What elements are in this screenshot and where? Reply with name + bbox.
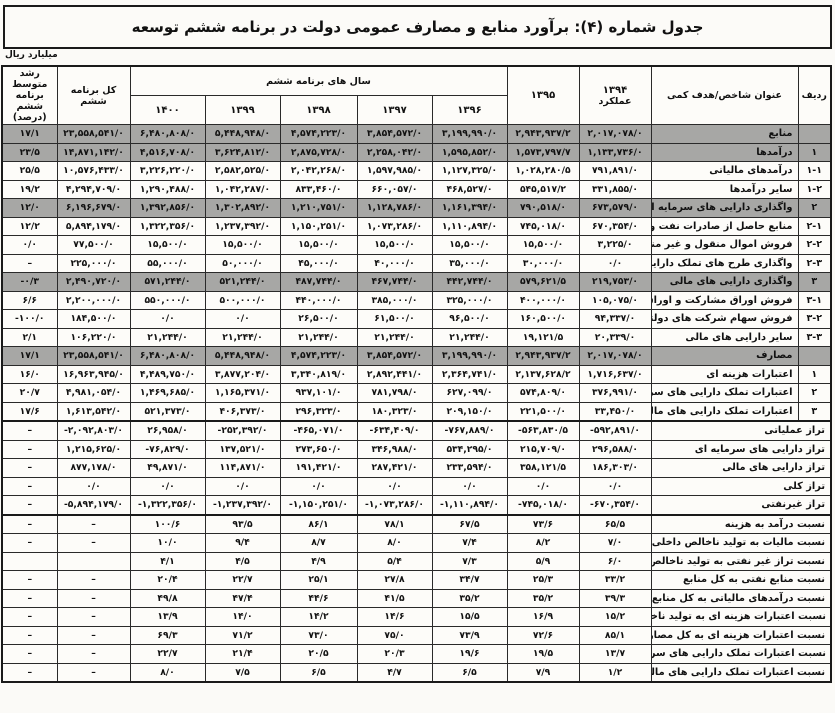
value-cell: ۱۳۷,۵۲۱/۰ (205, 440, 280, 459)
value-cell: ۴/۵ (205, 552, 280, 571)
table-row: تراز غیرنفتی-۶۷۰,۳۵۴/۰-۷۴۵,۰۱۸/۰-۱,۱۱۰,۸… (2, 496, 831, 515)
header-growth-col: رشد متوسط برنامه ششم (درصد) (2, 66, 57, 125)
row-label: نسبت تراز غیر نفتی به تولید ناخالص داخلی (651, 552, 831, 571)
value-cell: ۱,۲۱۰,۷۵۱/۰ (280, 199, 357, 218)
value-cell: ۳,۱۹۹,۹۹۰/۰ (432, 125, 507, 144)
header-indicator-col: عنوان شاخص/هدف کمی (651, 66, 798, 125)
value-cell: ۲۱,۲۴۴/۰ (280, 328, 357, 347)
row-label: منابع حاصل از صادرات نفت و میعانات گازی (651, 217, 798, 236)
row-num: ۲ (798, 199, 831, 218)
value-cell: ۲/۱ (2, 328, 57, 347)
value-cell: ۱۸۴,۵۰۰/۰ (57, 310, 130, 329)
row-label: نسبت منابع نفتی به کل منابع (651, 571, 831, 590)
value-cell: ۶۹/۳ (130, 626, 205, 645)
value-cell: ۲,۲۵۸,۰۴۲/۰ (357, 143, 432, 162)
value-cell: ۱,۱۳۳,۷۳۶/۰ (579, 143, 651, 162)
table-row: نسبت منابع نفتی به کل منابع۳۳/۲۲۵/۳۳۴/۷۲… (2, 571, 831, 590)
header-growth-line3: (درصد) (4, 112, 56, 123)
value-cell: ۲۲۵,۰۰۰/۰ (57, 254, 130, 273)
value-cell: ۵۴۵,۵۱۷/۲ (507, 180, 579, 199)
table-row: نسبت اعتبارات هزینه ای به کل مصارف۸۵/۱۷۲… (2, 626, 831, 645)
value-cell: -۷۶,۸۲۹/۰ (130, 440, 205, 459)
value-cell: ۲,۸۷۵,۷۲۸/۰ (280, 143, 357, 162)
row-label: واگذاری طرح های تملک داراییهای سرمایه ای (651, 254, 798, 273)
value-cell: ۱۷/۱ (2, 347, 57, 366)
value-cell: – (2, 534, 57, 553)
value-cell: ۷۲/۶ (507, 626, 579, 645)
table-title: جدول شماره (۴): برآورد منابع و مصارف عمو… (3, 5, 832, 49)
value-cell: ۳۳,۴۵۰/۰ (579, 402, 651, 421)
value-cell: ۳۵/۲ (432, 589, 507, 608)
value-cell: ۷/۰ (579, 534, 651, 553)
value-cell: ۶۱,۵۰۰/۰ (357, 310, 432, 329)
row-label: واگذاری دارایی های مالی (651, 273, 798, 292)
value-cell: ۱۵/۲ (579, 608, 651, 627)
row-num: ۳ (798, 273, 831, 292)
row-num: ۳-۱ (798, 291, 831, 310)
value-cell: ۶۷۳,۵۷۹/۰ (579, 199, 651, 218)
value-cell: ۱۶/۹ (507, 608, 579, 627)
header-1394: ۱۳۹۴ عملکرد (579, 66, 651, 125)
value-cell: ۲۵/۵ (2, 162, 57, 181)
value-cell: ۲۹۶,۵۸۸/۰ (579, 440, 651, 459)
value-cell: ۷۹۱,۸۹۱/۰ (579, 162, 651, 181)
row-label: مصارف (651, 347, 798, 366)
row-num: ۳-۲ (798, 310, 831, 329)
value-cell: – (57, 608, 130, 627)
row-label: فروش اوراق مشارکت و اوراق مالی اسلامی (651, 291, 798, 310)
value-cell: ۳,۸۵۴,۵۷۲/۰ (357, 125, 432, 144)
table-row: ۲اعتبارات تملک دارایی های سرمایه ای۳۷۶,۹… (2, 384, 831, 403)
scanned-document-page: جدول شماره (۴): برآورد منابع و مصارف عمو… (0, 0, 835, 683)
value-cell: ۱۹/۵ (507, 645, 579, 664)
value-cell: ۱,۰۲۸,۲۸۰/۵ (507, 162, 579, 181)
row-label: اعتبارات تملک دارایی های مالی (651, 402, 798, 421)
value-cell: ۰/۰ (432, 477, 507, 496)
value-cell: ۱۷/۱ (2, 125, 57, 144)
value-cell: ۱۵,۵۰۰/۰ (280, 236, 357, 255)
value-cell: -۲۵۲,۳۹۲/۰ (205, 421, 280, 440)
value-cell: ۱,۵۹۷,۹۸۵/۰ (357, 162, 432, 181)
row-label: تراز دارایی های سرمایه ای (651, 440, 831, 459)
value-cell: ۴,۵۷۴,۲۲۳/۰ (280, 347, 357, 366)
value-cell: ۰/۰ (579, 254, 651, 273)
value-cell: ۴۱/۵ (357, 589, 432, 608)
value-cell: ۴۶۷,۷۴۴/۰ (357, 273, 432, 292)
value-cell: ۵۳۴,۲۹۵/۰ (432, 440, 507, 459)
value-cell: ۲۷۳,۶۵۰/۰ (280, 440, 357, 459)
row-label: درآمدها (651, 143, 798, 162)
table-row: ۱-۱درآمدهای مالیاتی۷۹۱,۸۹۱/۰۱,۰۲۸,۲۸۰/۵۱… (2, 162, 831, 181)
value-cell: ۰/۰ (357, 477, 432, 496)
value-cell: ۱,۱۲۷,۳۲۵/۰ (432, 162, 507, 181)
value-cell: ۲۲۱,۵۰۰/۰ (507, 402, 579, 421)
value-cell: ۲,۸۹۲,۴۴۱/۰ (357, 365, 432, 384)
table-row: ۱درآمدها۱,۱۳۳,۷۳۶/۰۱,۵۷۳,۷۹۷/۷۱,۵۹۵,۸۵۲/… (2, 143, 831, 162)
value-cell: ۴۹/۸ (130, 589, 205, 608)
value-cell: – (57, 663, 130, 682)
row-num: ۳ (798, 402, 831, 421)
table-header: ردیف عنوان شاخص/هدف کمی ۱۳۹۴ عملکرد ۱۳۹۵… (2, 66, 831, 125)
value-cell: ۱,۰۴۲,۲۸۷/۰ (205, 180, 280, 199)
value-cell: ۱,۳۰۲,۸۹۲/۰ (205, 199, 280, 218)
value-cell: – (2, 626, 57, 645)
header-year-1400: ۱۴۰۰ (130, 96, 205, 125)
value-cell: ۲۰/۳ (357, 645, 432, 664)
value-cell: -۱,۱۵۰,۲۵۱/۰ (280, 496, 357, 515)
table-row: ۱-۲سایر درآمدها۳۳۱,۸۵۵/۰۵۴۵,۵۱۷/۲۴۶۸,۵۲۷… (2, 180, 831, 199)
value-cell: ۵۰,۰۰۰/۰ (205, 254, 280, 273)
table-body: منابع۲,۰۱۷,۰۷۸/۰۲,۹۴۳,۹۳۷/۲۳,۱۹۹,۹۹۰/۰۳,… (2, 125, 831, 683)
value-cell: -۱,۲۳۷,۳۹۲/۰ (205, 496, 280, 515)
row-num: ۲-۲ (798, 236, 831, 255)
value-cell: ۵۷۱,۲۴۴/۰ (130, 273, 205, 292)
value-cell: -۷۶۷,۸۸۹/۰ (432, 421, 507, 440)
value-cell: ۷۱/۲ (205, 626, 280, 645)
row-label: سایر درآمدها (651, 180, 798, 199)
value-cell: ۰/۰ (579, 477, 651, 496)
value-cell: -۱,۱۱۰,۸۹۴/۰ (432, 496, 507, 515)
value-cell: ۰/۰ (280, 477, 357, 496)
value-cell: ۶/۶ (2, 291, 57, 310)
value-cell: ۰/۰ (130, 477, 205, 496)
unit-label: میلیارد ریال (3, 49, 832, 65)
value-cell: ۳,۸۷۷,۲۰۴/۰ (205, 365, 280, 384)
value-cell: ۲۵/۳ (507, 571, 579, 590)
value-cell: ۴,۹۸۱,۰۵۴/۰ (57, 384, 130, 403)
table-row: نسبت اعتبارات تملک دارایی های مالی به کل… (2, 663, 831, 682)
row-label: اعتبارات هزینه ای (651, 365, 798, 384)
value-cell: ۴۹,۸۷۱/۰ (130, 459, 205, 478)
value-cell: ۵/۹ (507, 552, 579, 571)
value-cell: ۲,۲۰۰,۰۰۰/۰ (57, 291, 130, 310)
value-cell: ۱۸۶,۳۰۳/۰ (579, 459, 651, 478)
value-cell: ۱,۱۵۰,۲۵۱/۰ (280, 217, 357, 236)
value-cell: ۲۶,۹۵۸/۰ (130, 421, 205, 440)
table-row: ۱اعتبارات هزینه ای۱,۷۱۶,۶۳۷/۰۲,۱۳۷,۶۲۸/۲… (2, 365, 831, 384)
value-cell: ۲۰/۵ (280, 645, 357, 664)
value-cell: ۲۰,۳۳۹/۰ (579, 328, 651, 347)
value-cell: ۲۱,۲۴۴/۰ (130, 328, 205, 347)
value-cell: ۴,۴۸۹,۷۵۰/۰ (130, 365, 205, 384)
value-cell: ۳۵,۰۰۰/۰ (432, 254, 507, 273)
header-year-1397: ۱۳۹۷ (357, 96, 432, 125)
value-cell: ۱,۶۱۳,۵۴۲/۰ (57, 402, 130, 421)
budget-table: ردیف عنوان شاخص/هدف کمی ۱۳۹۴ عملکرد ۱۳۹۵… (1, 65, 832, 683)
value-cell: ۱,۲۱۵,۶۲۵/۰ (57, 440, 130, 459)
value-cell: -۵۹۲,۸۹۱/۰ (579, 421, 651, 440)
value-cell: ۳,۸۵۴,۵۷۲/۰ (357, 347, 432, 366)
value-cell: ۳,۶۲۴,۸۱۲/۰ (205, 143, 280, 162)
row-label: فروش اموال منقول و غیر منقول (651, 236, 798, 255)
table-row: مصارف۲,۰۱۷,۰۷۸/۰۲,۹۴۳,۹۳۷/۲۳,۱۹۹,۹۹۰/۰۳,… (2, 347, 831, 366)
value-cell: ۷۳/۹ (432, 626, 507, 645)
value-cell: ۹/۴ (205, 534, 280, 553)
table-row: نسبت مالیات به تولید ناخالص داخلی۷/۰۸/۲۷… (2, 534, 831, 553)
value-cell: ۴۸۷,۷۴۴/۰ (280, 273, 357, 292)
value-cell: -۵۶۳,۸۳۰/۵ (507, 421, 579, 440)
value-cell: ۶۵/۵ (579, 515, 651, 534)
value-cell: ۱۶/۰ (2, 365, 57, 384)
page-title: جدول شماره (۴): برآورد منابع و مصارف عمو… (132, 18, 704, 36)
value-cell: ۶,۱۹۶,۶۷۹/۰ (57, 199, 130, 218)
value-cell: ۱,۲۳۷,۳۹۲/۰ (205, 217, 280, 236)
row-label: واگذاری دارایی های سرمایه ای (651, 199, 798, 218)
value-cell: ۲۳,۵۵۸,۵۴۱/۰ (57, 125, 130, 144)
value-cell: ۱۵,۵۰۰/۰ (357, 236, 432, 255)
value-cell: ۸/۰ (357, 534, 432, 553)
value-cell: ۱۵,۵۰۰/۰ (205, 236, 280, 255)
value-cell: ۵,۴۴۸,۹۴۸/۰ (205, 125, 280, 144)
value-cell: ۱,۱۱۰,۸۹۴/۰ (432, 217, 507, 236)
value-cell: ۲۰/۴ (130, 571, 205, 590)
row-label: تراز کلی (651, 477, 831, 496)
value-cell: ۲۳,۵۵۸,۵۴۱/۰ (57, 347, 130, 366)
value-cell: ۱۳/۹ (130, 608, 205, 627)
value-cell: ۱۹/۲ (2, 180, 57, 199)
header-growth-line2: برنامه ششم (4, 90, 56, 112)
value-cell: ۲۱,۲۴۴/۰ (432, 328, 507, 347)
value-cell: ۲۸۷,۴۲۱/۰ (357, 459, 432, 478)
table-row: تراز کلی۰/۰۰/۰۰/۰۰/۰۰/۰۰/۰۰/۰۰/۰– (2, 477, 831, 496)
value-cell: – (2, 254, 57, 273)
value-cell: ۱۹۱,۴۲۱/۰ (280, 459, 357, 478)
value-cell: ۶,۴۸۰,۸۰۸/۰ (130, 125, 205, 144)
value-cell: ۰/۰ (507, 477, 579, 496)
value-cell: ۱۶۰,۵۰۰/۰ (507, 310, 579, 329)
value-cell: ۴/۷ (357, 663, 432, 682)
value-cell: ۵/۴ (357, 552, 432, 571)
table-row: ۲-۳واگذاری طرح های تملک داراییهای سرمایه… (2, 254, 831, 273)
row-num: ۲ (798, 384, 831, 403)
value-cell (57, 552, 130, 571)
value-cell: ۳۸۵,۰۰۰/۰ (357, 291, 432, 310)
table-row: نسبت اعتبارات تملک دارایی های سرمایه ای … (2, 645, 831, 664)
table-row: منابع۲,۰۱۷,۰۷۸/۰۲,۹۴۳,۹۳۷/۲۳,۱۹۹,۹۹۰/۰۳,… (2, 125, 831, 144)
value-cell: ۸/۰ (130, 663, 205, 682)
value-cell: ۷/۵ (205, 663, 280, 682)
value-cell: – (2, 663, 57, 682)
value-cell: ۳۷۶,۹۹۱/۰ (579, 384, 651, 403)
value-cell: ۵۵۰,۰۰۰/۰ (130, 291, 205, 310)
value-cell: ۶/۰ (579, 552, 651, 571)
table-row: ۳-۱فروش اوراق مشارکت و اوراق مالی اسلامی… (2, 291, 831, 310)
value-cell: ۱,۱۲۸,۷۸۶/۰ (357, 199, 432, 218)
value-cell: ۲,۱۳۷,۶۲۸/۲ (507, 365, 579, 384)
row-label: منابع (651, 125, 798, 144)
table-row: نسبت تراز غیر نفتی به تولید ناخالص داخلی… (2, 552, 831, 571)
value-cell: ۷۳/۰ (280, 626, 357, 645)
value-cell: ۱,۵۹۵,۸۵۲/۰ (432, 143, 507, 162)
value-cell: ۱۰۵,۰۷۵/۰ (579, 291, 651, 310)
value-cell: -۴۶۵,۰۷۱/۰ (280, 421, 357, 440)
value-cell: – (2, 421, 57, 440)
value-cell: ۳۴/۷ (432, 571, 507, 590)
value-cell (2, 552, 57, 571)
value-cell: – (2, 440, 57, 459)
value-cell: ۱۴/۶ (357, 608, 432, 627)
value-cell: ۷/۳ (432, 552, 507, 571)
value-cell: ۱/۲ (579, 663, 651, 682)
header-years-group: سال های برنامه ششم (130, 66, 507, 96)
header-growth-line1: رشد متوسط (4, 68, 56, 90)
value-cell: ۷۸۱,۷۹۸/۰ (357, 384, 432, 403)
value-cell: ۱۵/۵ (432, 608, 507, 627)
table-row: ۳واگذاری دارایی های مالی۲۱۹,۷۵۳/۰۵۷۹,۶۲۱… (2, 273, 831, 292)
value-cell: ۶,۴۸۰,۸۰۸/۰ (130, 347, 205, 366)
value-cell: ۸/۷ (280, 534, 357, 553)
value-cell: ۷۴۵,۰۱۸/۰ (507, 217, 579, 236)
value-cell: ۵,۴۴۸,۹۴۸/۰ (205, 347, 280, 366)
value-cell: ۴۴/۶ (280, 589, 357, 608)
row-num: ۱ (798, 143, 831, 162)
value-cell: ۱۴,۸۷۱,۱۴۲/۰ (57, 143, 130, 162)
value-cell: ۱,۱۶۱,۳۹۴/۰ (432, 199, 507, 218)
row-num: ۱-۲ (798, 180, 831, 199)
value-cell: ۹۳۷,۱۰۱/۰ (280, 384, 357, 403)
row-num: ۱ (798, 365, 831, 384)
value-cell: ۶/۵ (432, 663, 507, 682)
table-row: ۲-۱منابع حاصل از صادرات نفت و میعانات گا… (2, 217, 831, 236)
value-cell: ۰/۰ (2, 236, 57, 255)
value-cell: ۲۱,۲۴۴/۰ (357, 328, 432, 347)
row-label: نسبت درآمد به هزینه (651, 515, 831, 534)
value-cell: ۳۵/۲ (507, 589, 579, 608)
value-cell: – (57, 626, 130, 645)
value-cell: ۹۴,۳۳۷/۰ (579, 310, 651, 329)
value-cell: ۳۰,۰۰۰/۰ (507, 254, 579, 273)
table-row: نسبت اعتبارات هزینه ای به تولید ناخالص د… (2, 608, 831, 627)
value-cell: ۳,۱۹۹,۹۹۰/۰ (432, 347, 507, 366)
value-cell: – (2, 477, 57, 496)
value-cell: ۱۲/۰ (2, 199, 57, 218)
value-cell: ۲,۰۱۷,۰۷۸/۰ (579, 347, 651, 366)
value-cell: ۴۷/۴ (205, 589, 280, 608)
value-cell: ۷۸/۱ (357, 515, 432, 534)
value-cell: -۶۳۴,۴۰۹/۰ (357, 421, 432, 440)
value-cell: ۴/۱ (130, 552, 205, 571)
value-cell: ۴,۲۹۴,۷۰۹/۰ (57, 180, 130, 199)
table-row: تراز عملیاتی-۵۹۲,۸۹۱/۰-۵۶۳,۸۳۰/۵-۷۶۷,۸۸۹… (2, 421, 831, 440)
value-cell: ۴۰۶,۳۷۳/۰ (205, 402, 280, 421)
table-row: نسبت درآمدهای مالیاتی به کل منابع۳۹/۳۳۵/… (2, 589, 831, 608)
value-cell: ۰/۰ (130, 310, 205, 329)
value-cell: ۱۹/۶ (432, 645, 507, 664)
value-cell: ۱۰,۵۷۶,۴۳۳/۰ (57, 162, 130, 181)
value-cell: ۱۶,۹۶۳,۹۴۵/۰ (57, 365, 130, 384)
value-cell: ۴۴۲,۷۴۴/۰ (432, 273, 507, 292)
value-cell: ۲۱۵,۷۰۹/۰ (507, 440, 579, 459)
value-cell: ۲۰۹,۱۵۰/۰ (432, 402, 507, 421)
row-label: نسبت اعتبارات هزینه ای به تولید ناخالص د… (651, 608, 831, 627)
value-cell: – (2, 645, 57, 664)
row-label: نسبت اعتبارات تملک دارایی های مالی به کل… (651, 663, 831, 682)
value-cell: ۳۹/۳ (579, 589, 651, 608)
value-cell: – (2, 496, 57, 515)
value-cell: ۶۲۷,۰۹۹/۰ (432, 384, 507, 403)
row-num: ۳-۳ (798, 328, 831, 347)
table-row: تراز دارایی های مالی۱۸۶,۳۰۳/۰۳۵۸,۱۲۱/۵۲۳… (2, 459, 831, 478)
value-cell: ۷۳/۶ (507, 515, 579, 534)
row-num: ۱-۱ (798, 162, 831, 181)
value-cell: ۸۵/۱ (579, 626, 651, 645)
value-cell: ۱۵,۵۰۰/۰ (432, 236, 507, 255)
value-cell: ۱۰۶,۲۲۰/۰ (57, 328, 130, 347)
value-cell: -۱۰۰/۰ (2, 310, 57, 329)
header-1395: ۱۳۹۵ (507, 66, 579, 125)
table-row: ۲-۲فروش اموال منقول و غیر منقول۳,۲۲۵/۰۱۵… (2, 236, 831, 255)
value-cell: ۸/۲ (507, 534, 579, 553)
value-cell: ۲,۰۴۲,۲۶۸/۰ (280, 162, 357, 181)
value-cell: – (57, 589, 130, 608)
value-cell: ۴,۵۷۴,۲۲۳/۰ (280, 125, 357, 144)
row-num (798, 125, 831, 144)
row-label: تراز غیرنفتی (651, 496, 831, 515)
value-cell: ۷۹۰,۵۱۸/۰ (507, 199, 579, 218)
value-cell: ۰/۰ (57, 477, 130, 496)
value-cell: -۵,۸۹۴,۱۷۹/۰ (57, 496, 130, 515)
row-label: درآمدهای مالیاتی (651, 162, 798, 181)
value-cell: ۲۲/۷ (130, 645, 205, 664)
value-cell: ۸۷۷,۱۷۸/۰ (57, 459, 130, 478)
value-cell: ۷۷,۵۰۰/۰ (57, 236, 130, 255)
table-row: ۳اعتبارات تملک دارایی های مالی۳۳,۴۵۰/۰۲۲… (2, 402, 831, 421)
value-cell: ۲۹۶,۳۲۳/۰ (280, 402, 357, 421)
value-cell: ۲۱,۲۴۴/۰ (205, 328, 280, 347)
value-cell: ۲,۹۴۳,۹۳۷/۲ (507, 125, 579, 144)
value-cell: ۱۲/۲ (2, 217, 57, 236)
value-cell: ۶/۵ (280, 663, 357, 682)
row-label: نسبت اعتبارات هزینه ای به کل مصارف (651, 626, 831, 645)
value-cell: ۲۱۹,۷۵۳/۰ (579, 273, 651, 292)
value-cell: ۲۳/۵ (2, 143, 57, 162)
value-cell: ۸۳۳,۴۶۰/۰ (280, 180, 357, 199)
value-cell: ۲۳۳,۵۹۴/۰ (432, 459, 507, 478)
value-cell: ۲۵/۱ (280, 571, 357, 590)
table-row: ۳-۳سایر دارایی های مالی۲۰,۳۳۹/۰۱۹,۱۲۱/۵۲… (2, 328, 831, 347)
value-cell: ۳۴۶,۹۸۸/۰ (357, 440, 432, 459)
value-cell: ۹۳/۵ (205, 515, 280, 534)
value-cell: ۴۴۰,۰۰۰/۰ (280, 291, 357, 310)
value-cell: ۲۰/۷ (2, 384, 57, 403)
value-cell: ۵,۸۹۴,۱۷۹/۰ (57, 217, 130, 236)
value-cell: – (57, 571, 130, 590)
value-cell: ۱۸۰,۳۲۳/۰ (357, 402, 432, 421)
row-label: تراز عملیاتی (651, 421, 831, 440)
value-cell: ۶۷/۵ (432, 515, 507, 534)
table-row: تراز دارایی های سرمایه ای۲۹۶,۵۸۸/۰۲۱۵,۷۰… (2, 440, 831, 459)
value-cell: ۴/۹ (280, 552, 357, 571)
value-cell: ۱,۳۹۲,۸۵۶/۰ (130, 199, 205, 218)
value-cell: ۳,۳۴۰,۸۱۹/۰ (280, 365, 357, 384)
value-cell: -۰/۳ (2, 273, 57, 292)
value-cell: ۹۶,۵۰۰/۰ (432, 310, 507, 329)
value-cell: ۳۵۸,۱۲۱/۵ (507, 459, 579, 478)
value-cell: – (57, 534, 130, 553)
row-num (798, 347, 831, 366)
value-cell: ۱۵,۵۰۰/۰ (507, 236, 579, 255)
table-row: ۲واگذاری دارایی های سرمایه ای۶۷۳,۵۷۹/۰۷۹… (2, 199, 831, 218)
table-row: ۳-۲فروش سهام شرکت های دولتی۹۴,۳۳۷/۰۱۶۰,۵… (2, 310, 831, 329)
value-cell: ۸۶/۱ (280, 515, 357, 534)
value-cell: ۱,۴۶۹,۶۸۵/۰ (130, 384, 205, 403)
header-1394-year: ۱۳۹۴ (581, 85, 650, 96)
value-cell: ۵۷۹,۶۲۱/۵ (507, 273, 579, 292)
value-cell: ۱۱۴,۸۷۱/۰ (205, 459, 280, 478)
value-cell: ۴۶۸,۵۲۷/۰ (432, 180, 507, 199)
header-1394-note: عملکرد (581, 96, 650, 107)
table-row: نسبت درآمد به هزینه۶۵/۵۷۳/۶۶۷/۵۷۸/۱۸۶/۱۹… (2, 515, 831, 534)
